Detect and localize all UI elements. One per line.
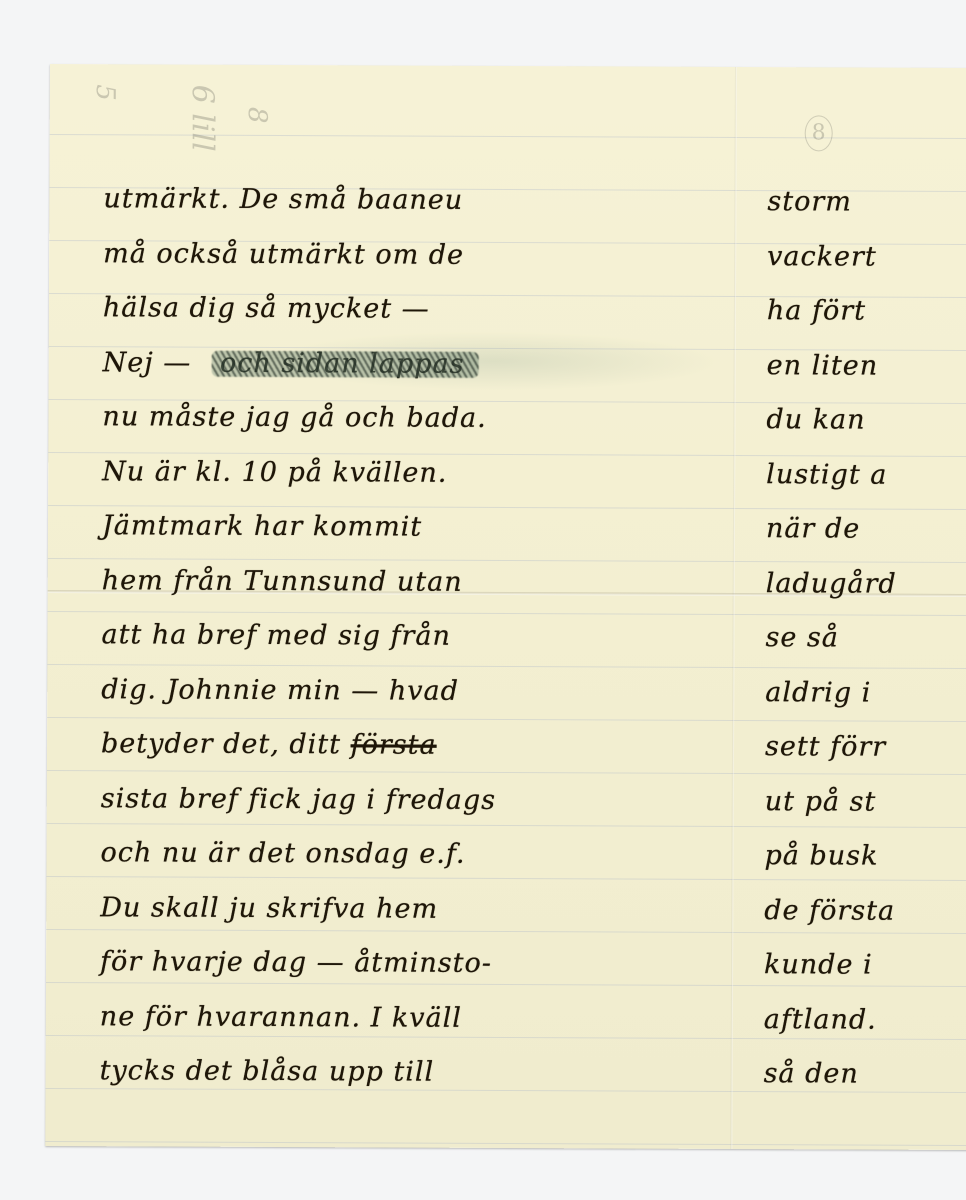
- text-line: Nu är kl. 10 på kvällen.: [102, 445, 722, 502]
- pencil-mark: 5: [90, 84, 120, 101]
- text-line: ha fört: [767, 284, 966, 340]
- text-line: Du skall ju skrifva hem: [100, 881, 720, 938]
- line-text: en liten: [767, 350, 879, 381]
- text-line: lustigt a: [766, 448, 966, 504]
- text-line: hem från Tunnsund utan: [102, 554, 722, 611]
- text-line: storm: [767, 175, 966, 231]
- line-text: hem från Tunnsund utan: [102, 565, 463, 598]
- right-column-text: storm vackert ha fört en liten du kan lu…: [763, 175, 966, 1103]
- text-line: vackert: [767, 230, 966, 286]
- text-line: må också utmärkt om de: [103, 227, 723, 284]
- text-line: aldrig i: [765, 666, 966, 722]
- line-text: så den: [764, 1058, 859, 1089]
- line-text: ha fört: [767, 295, 866, 326]
- line-text: Nu är kl. 10 på kvällen.: [102, 456, 447, 489]
- text-line: betyder det, ditt första: [101, 717, 721, 774]
- struck-through-text: och sidan lappas: [220, 336, 465, 392]
- line-text: Du skall ju skrifva hem: [100, 892, 438, 924]
- text-line: dig. Johnnie min — hvad: [101, 663, 721, 720]
- text-line: hälsa dig så mycket —: [103, 281, 723, 338]
- line-text: du kan: [766, 404, 865, 435]
- text-line: utmärkt. De små baaneu: [103, 172, 723, 229]
- line-text: se så: [765, 622, 839, 653]
- line-text: Nej —: [103, 347, 192, 378]
- text-line: ne för hvarannan. I kväll: [100, 990, 720, 1047]
- left-column-text: utmärkt. De små baaneu må också utmärkt …: [99, 172, 723, 1101]
- text-line: en liten: [767, 339, 966, 395]
- pencil-mark: 6 lill: [185, 85, 220, 152]
- line-text: betyder det, ditt: [101, 728, 341, 760]
- text-line: kunde i: [764, 938, 966, 994]
- line-text: när de: [766, 513, 860, 544]
- line-text: att ha bref med sig från: [101, 619, 451, 652]
- struck-through-text: första: [351, 729, 437, 760]
- line-text: tycks det blåsa upp till: [100, 1055, 435, 1087]
- text-line: och nu är det onsdag e.f.: [100, 826, 720, 883]
- text-line: nu måste jag gå och bada.: [102, 390, 722, 447]
- text-line: aftland.: [764, 993, 966, 1049]
- line-text: ut på st: [765, 786, 877, 817]
- letter-page: 5 6 lill 8 8 utmärkt. De små baaneu må o…: [45, 64, 966, 1150]
- line-text: de första: [764, 895, 895, 927]
- line-text: sett förr: [765, 731, 886, 763]
- page-number-mark: 8: [805, 115, 833, 151]
- line-text: dig. Johnnie min — hvad: [101, 674, 459, 707]
- text-line: när de: [766, 502, 966, 558]
- text-line: sett förr: [765, 720, 966, 776]
- text-line: de första: [764, 884, 966, 940]
- text-line: tycks det blåsa upp till: [99, 1044, 719, 1101]
- line-text: aldrig i: [765, 677, 871, 708]
- pencil-mark: 8: [242, 107, 272, 124]
- line-text: för hvarje dag — åtminsto-: [100, 946, 492, 979]
- line-text: storm: [767, 186, 852, 217]
- line-text: kunde i: [764, 949, 873, 980]
- line-text: och nu är det onsdag e.f.: [100, 837, 465, 870]
- text-line: på busk: [764, 829, 966, 885]
- line-text: sista bref fick jag i fredags: [101, 783, 496, 816]
- line-text: lustigt a: [766, 459, 887, 491]
- text-line: Nej — och sidan lappas: [103, 336, 723, 393]
- text-line: ut på st: [765, 775, 966, 831]
- line-text: aftland.: [764, 1004, 877, 1035]
- line-text: må också utmärkt om de: [103, 238, 464, 271]
- line-text: Jämtmark har kommit: [102, 510, 422, 542]
- line-text: hälsa dig så mycket —: [103, 292, 430, 324]
- text-line: du kan: [766, 393, 966, 449]
- line-text: ladugård: [766, 568, 897, 600]
- text-line: att ha bref med sig från: [101, 608, 721, 665]
- text-line: Jämtmark har kommit: [102, 499, 722, 556]
- line-text: nu måste jag gå och bada.: [102, 401, 486, 434]
- line-text: ne för hvarannan. I kväll: [100, 1001, 462, 1034]
- text-line: sista bref fick jag i fredags: [101, 772, 721, 829]
- line-text: utmärkt. De små baaneu: [103, 183, 463, 216]
- text-line: ladugård: [766, 557, 966, 613]
- text-line: så den: [763, 1047, 966, 1103]
- text-line: för hvarje dag — åtminsto-: [100, 935, 720, 992]
- line-text: på busk: [764, 840, 878, 871]
- line-text: vackert: [767, 241, 877, 272]
- text-line: se så: [765, 611, 966, 667]
